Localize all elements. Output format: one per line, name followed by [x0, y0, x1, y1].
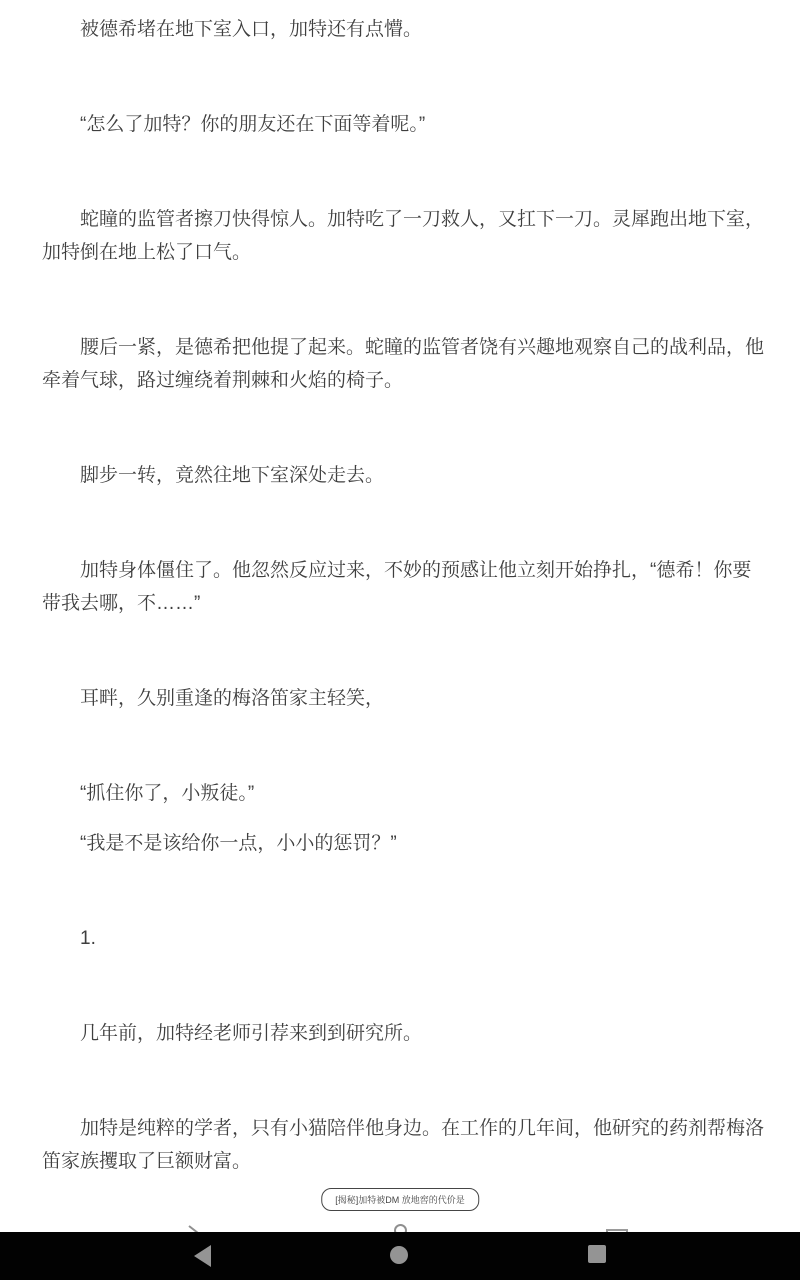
home-icon[interactable] [390, 1246, 408, 1264]
paragraph: 加特身体僵住了。他忽然反应过来，不妙的预感让他立刻开始挣扎，“德希！你要带我去哪… [42, 554, 768, 620]
back-icon[interactable] [194, 1245, 211, 1267]
paragraph: 耳畔，久别重逢的梅洛笛家主轻笑， [42, 682, 768, 715]
reader-app-screen: 被德希堵在地下室入口，加特还有点懵。 “怎么了加特？你的朋友还在下面等着呢。” … [0, 0, 800, 1280]
chapter-promo-button[interactable]: [揭秘]加特被DM 放地窖的代价是 [321, 1188, 479, 1211]
paragraph: 加特是纯粹的学者，只有小猫陪伴他身边。在工作的几年间，他研究的药剂帮梅洛笛家族攫… [42, 1112, 768, 1178]
novel-text-area[interactable]: 被德希堵在地下室入口，加特还有点懵。 “怎么了加特？你的朋友还在下面等着呢。” … [0, 0, 800, 1240]
chapter-promo-label: [揭秘]加特被DM 放地窖的代价是 [335, 1190, 465, 1210]
android-navigation-bar [0, 1232, 800, 1280]
paragraph: 脚步一转，竟然往地下室深处走去。 [42, 459, 768, 492]
paragraph: “怎么了加特？你的朋友还在下面等着呢。” [42, 108, 768, 141]
paragraph: 蛇瞳的监管者擦刀快得惊人。加特吃了一刀救人，又扛下一刀。灵犀跑出地下室，加特倒在… [42, 203, 768, 269]
recents-icon[interactable] [588, 1245, 606, 1263]
paragraph: 1. [42, 922, 768, 955]
paragraph: 腰后一紧，是德希把他提了起来。蛇瞳的监管者饶有兴趣地观察自己的战利品，他牵着气球… [42, 331, 768, 397]
paragraph: 几年前，加特经老师引荐来到到研究所。 [42, 1017, 768, 1050]
paragraph: “我是不是该给你一点，小小的惩罚？” [42, 827, 768, 860]
paragraph: “抓住你了，小叛徒。” [42, 777, 768, 810]
paragraph: 被德希堵在地下室入口，加特还有点懵。 [42, 13, 768, 46]
